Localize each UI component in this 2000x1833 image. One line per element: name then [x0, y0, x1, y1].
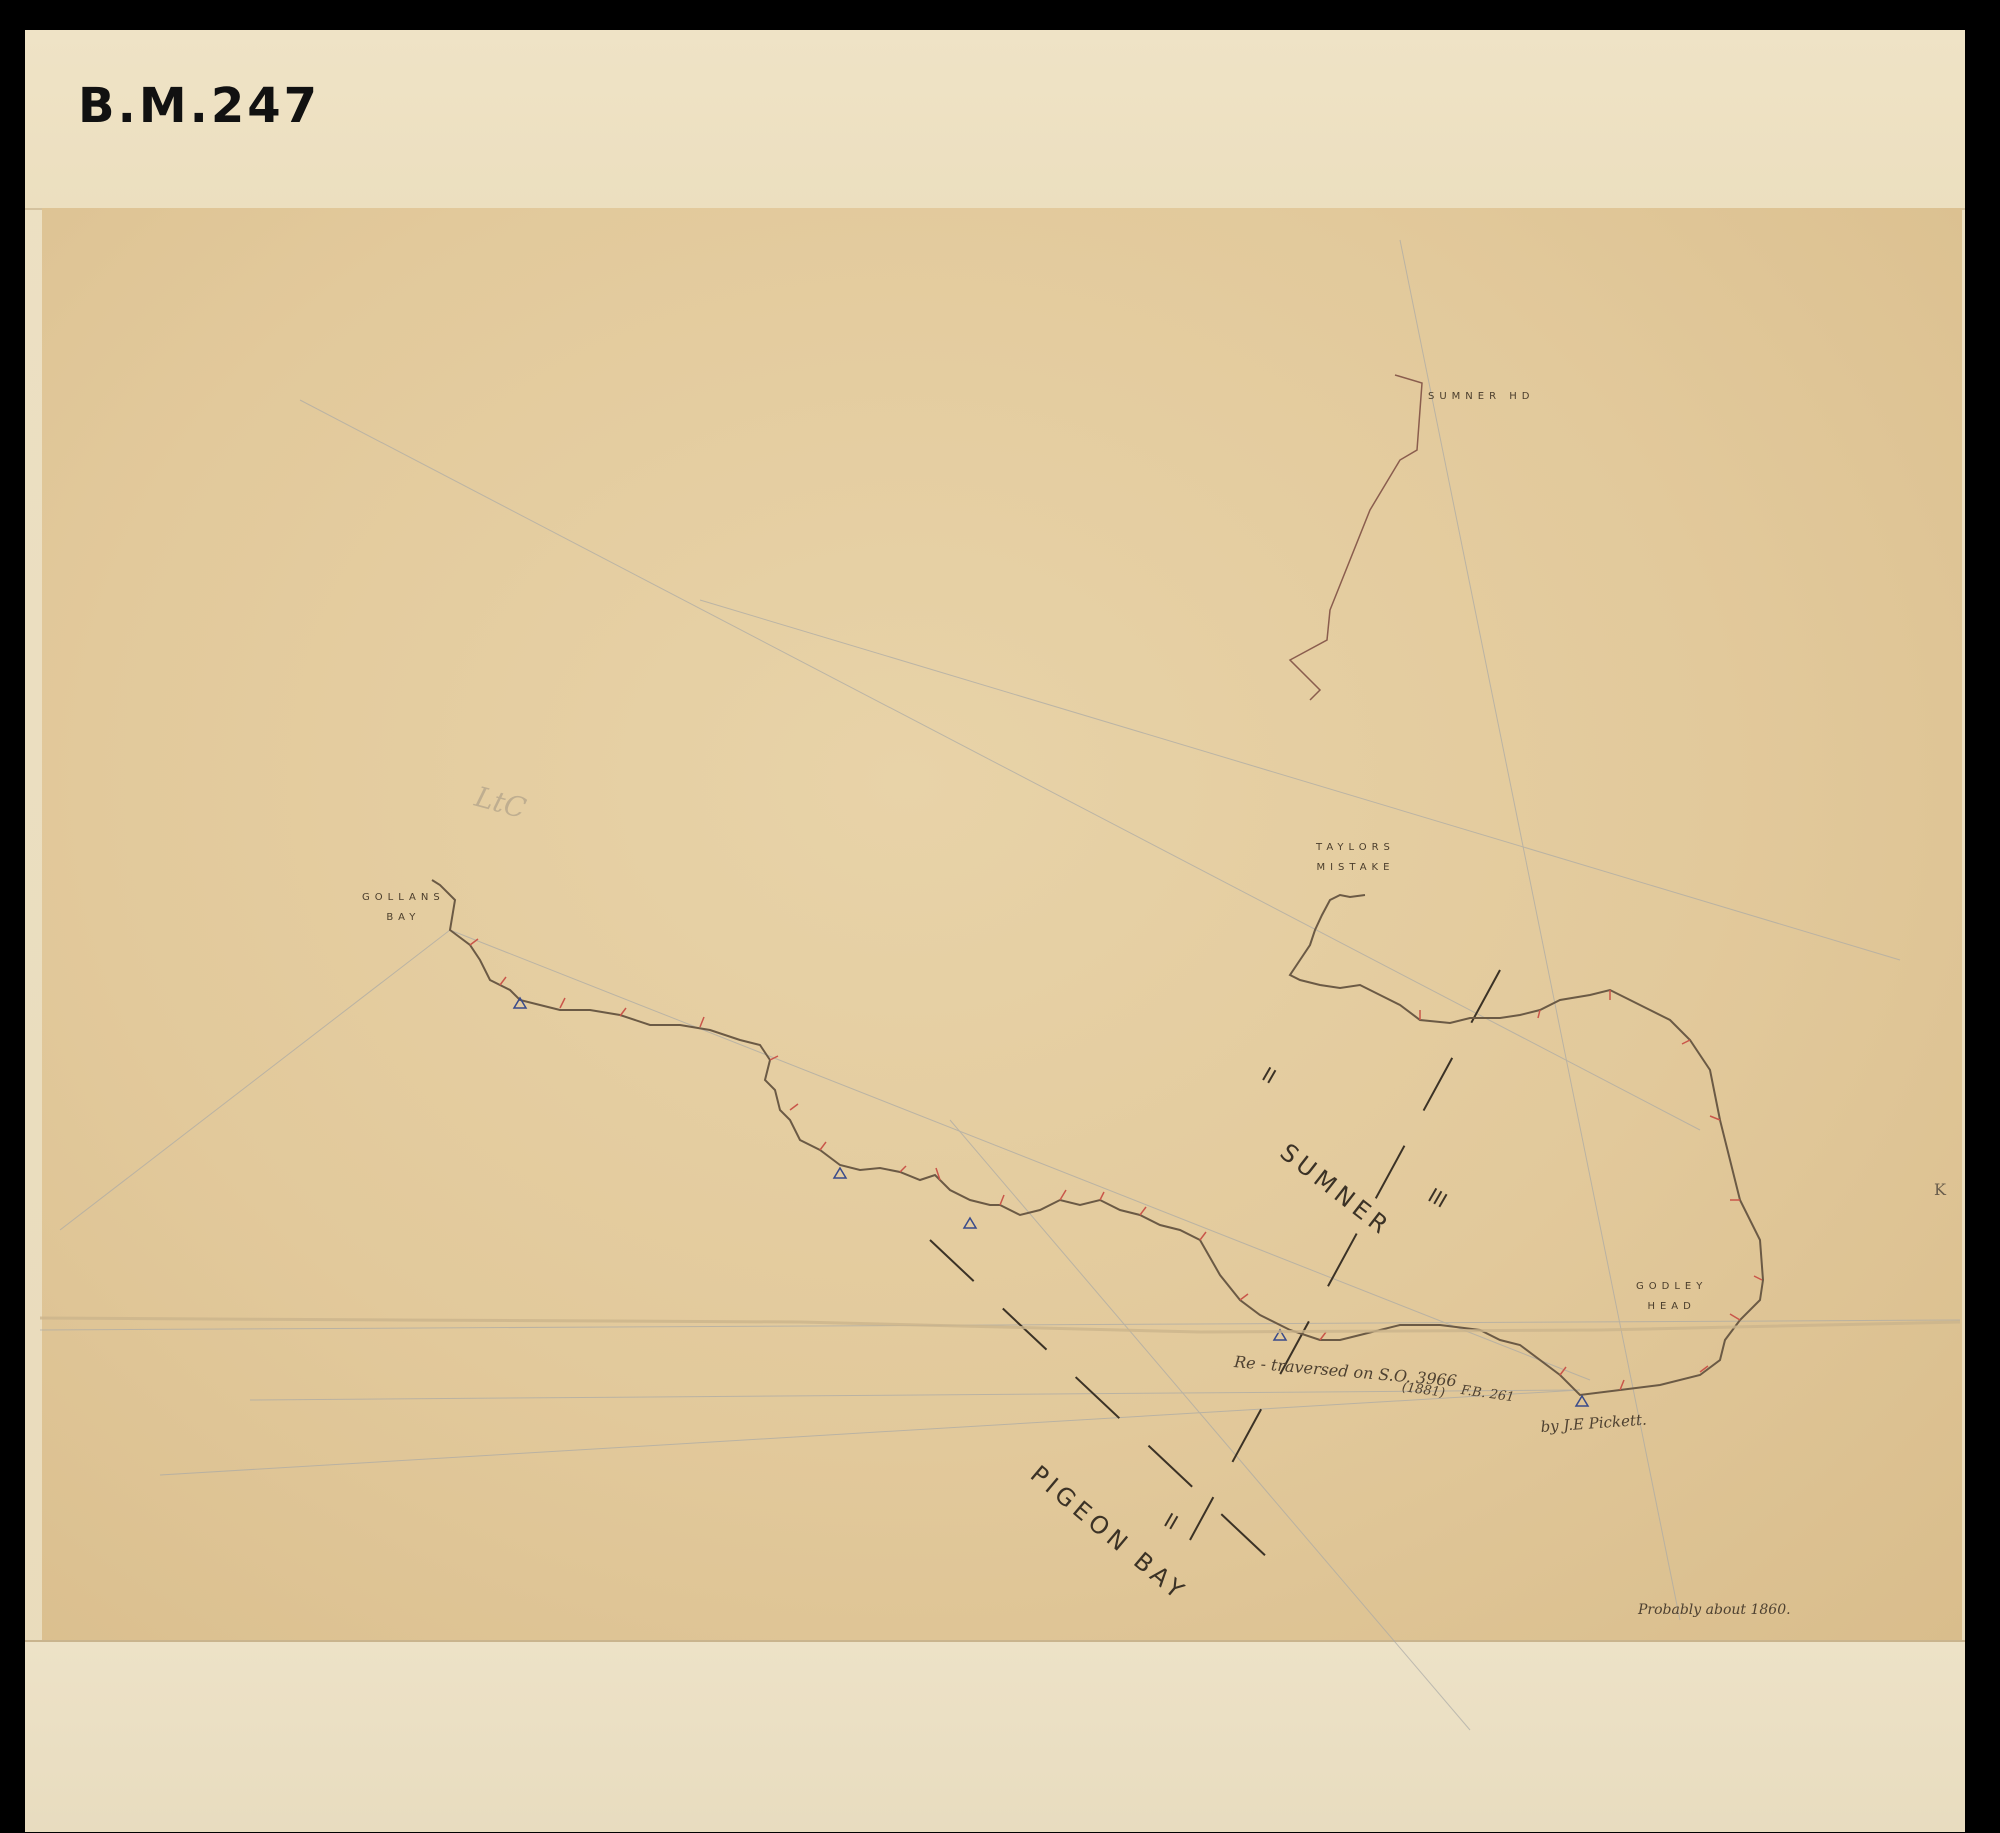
pencil-rays — [40, 240, 1960, 1730]
place-label-line: BAY — [362, 908, 445, 928]
survey-linework — [0, 0, 2000, 1833]
place-label-sumner-hd: SUMNER HD — [1428, 387, 1534, 407]
annotation-date-note: Probably about 1860. — [1638, 1602, 1791, 1618]
coastline — [432, 880, 1763, 1395]
place-label-line: GOLLANS — [362, 888, 445, 908]
place-label-line: GODLEY — [1636, 1277, 1707, 1297]
place-label-line: TAYLORS — [1316, 838, 1395, 858]
boundary-line — [1290, 375, 1422, 700]
place-label-line: MISTAKE — [1316, 858, 1395, 878]
place-label-taylors-mistake: TAYLORS MISTAKE — [1316, 838, 1395, 878]
margin-letter: K — [1934, 1180, 1946, 1199]
place-label-line: HEAD — [1636, 1297, 1707, 1317]
place-label-godley-head: GODLEY HEAD — [1636, 1277, 1707, 1317]
place-label-gollans-bay: GOLLANS BAY — [362, 888, 445, 928]
